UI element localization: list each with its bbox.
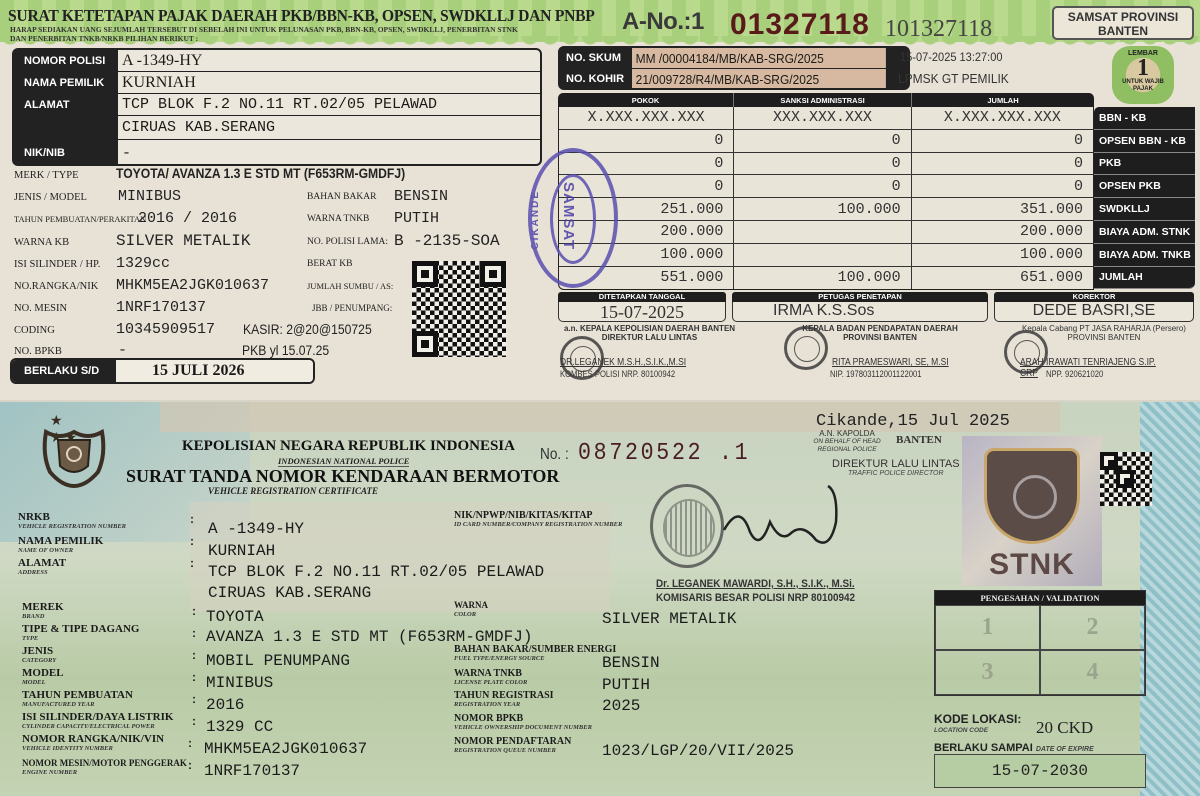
isi-value: 1329cc [116,255,170,272]
qr-finder [412,331,438,357]
officer-name: Dr. LEGANEK MAWARDI, S.H., S.I.K., M.Si. [656,578,855,590]
officer-value: IRMA K.S.Sos [732,302,988,322]
vin-label-en: VEHICLE IDENTITY NUMBER [22,745,164,753]
location-code-value: 20 CKD [1036,718,1093,738]
vin-label-text: NOMOR RANGKA/NIK/VIN [22,733,164,745]
copy-badge-bottom: UNTUK WAJIB PAJAK [1112,79,1174,93]
category-label-en: CATEGORY [22,657,56,665]
qr-finder [1100,452,1118,470]
rangka-label: NO.RANGKA/NIK [14,281,98,292]
brand-label-en: BRAND [22,613,64,621]
plate-color-label: WARNA TNKB [307,214,369,224]
kohir-label: NO. KOHIR [560,69,632,89]
nrkb-label: NRKBVEHICLE REGISTRATION NUMBER [18,512,126,531]
issuer-name: KEPOLISIAN NEGARA REPUBLIK INDONESIA [182,438,515,455]
fee-cell-jumlah: 0 [912,153,1093,175]
fee-cell-sanksi: XXX.XXX.XXX [734,107,911,129]
warna-value: SILVER METALIK [116,232,250,250]
tahun-value: 2016 / 2016 [138,210,237,227]
old-plate-label: NO. POLISI LAMA: [307,237,388,247]
police-emblem-icon [38,422,110,488]
signatory-2-id: NIP. 197803112001122001 [830,369,921,379]
plate-value: A -1349-HY [118,50,540,72]
valid-until-value: 15 JULI 2026 [116,360,313,382]
validation-grid: PENGESAHAN / VALIDATION 1 2 3 4 [934,590,1146,696]
certificate-title-en: VEHICLE REGISTRATION CERTIFICATE [208,486,378,496]
kohir-value: 21/009728/R4/MB/KAB-SRG/2025 [632,69,886,89]
nik-label-text: NIK/NPWP/NIB/KITAS/KITAP [454,510,593,521]
stamp-center-text: SAMSAT [560,182,577,250]
address-line2: CIRUAS KAB.SERANG [118,116,540,140]
jenis-label: JENIS / MODEL [14,192,87,203]
col-sanksi: SANKSI ADMINISTRASI [734,93,912,107]
fuel-label: BAHAN BAKAR/SUMBER ENERGIFUEL TYPE/ENERG… [454,644,616,663]
fee-cell-sanksi: 100.000 [734,198,911,220]
type-label-en: TYPE [22,635,139,643]
plate-label: NOMOR POLISI [14,50,118,72]
model-value: MINIBUS [206,674,273,692]
brand-value: TOYOTA [206,608,264,626]
document-instruction: HARAP SEDIAKAN UANG SEJUMLAH TERSEBUT DI… [10,25,530,43]
nik-value: - [118,140,540,166]
address-label-spacer [14,116,118,140]
on-behalf-text-en: ON BEHALF OF HEAD REGIONAL POLICE [812,438,882,454]
brand-label: MEREKBRAND [22,602,64,621]
expiry-label: BERLAKU SAMPAI DATE OF EXPIRE [934,742,1094,754]
on-behalf-label: A.N. KAPOLDA ON BEHALF OF HEAD REGIONAL … [812,430,882,454]
cylinder-value: 1329 CC [206,718,273,736]
fee-row-label: BIAYA ADM. TNKB [1094,244,1195,267]
cylinder-label: ISI SILINDER/DAYA LISTRIKCYLINDER CAPACI… [22,712,173,731]
location-code-label-text: KODE LOKASI: [934,712,1021,726]
bpkb-value: - [118,342,127,359]
location-code-label-en: LOCATION CODE [934,725,1021,736]
bpkb-label: NOMOR BPKBVEHICLE OWNERSHIP DOCUMENT NUM… [454,713,592,732]
category-label: JENISCATEGORY [22,646,56,665]
fee-row: 200.000200.000 [559,221,1093,244]
date-label: DITETAPKAN TANGGAL [558,292,726,302]
address-label: ALAMAT [14,94,118,116]
fee-cell-jumlah: 0 [912,130,1093,152]
location-code-label: KODE LOKASI:LOCATION CODE [934,714,1021,736]
fee-cell-jumlah: X.XXX.XXX.XXX [912,107,1093,129]
color-label-text: WARNA [454,600,488,610]
date-value: 15-07-2025 [558,302,726,322]
certificate-no-label: No. : [540,446,569,464]
engine-label-en: ENGINE NUMBER [22,769,187,777]
vin-value: MHKM5EA2JGK010637 [204,740,367,758]
serial-number: 01327118 [730,8,870,42]
validation-header: PENGESAHAN / VALIDATION [935,591,1145,605]
officer-label: PETUGAS PENETAPAN [732,292,988,302]
colon: : [192,626,196,640]
fee-cell-pokok: 0 [559,130,734,152]
corrector-value: DEDE BASRI,SE [994,302,1194,322]
col-pokok: POKOK [558,93,734,107]
fuel-value: BENSIN [602,654,660,672]
qr-finder [480,261,506,287]
qr-finder [1116,470,1134,488]
expiry-value: 15-07-2030 [934,754,1146,788]
document-title: SURAT KETETAPAN PAJAK DAERAH PKB/BBN-KB,… [8,6,595,26]
owner-name-label: NAMA PEMILIK [14,72,118,94]
nik-label: NIK/NPWP/NIB/KITAS/KITAPID CARD NUMBER/C… [454,510,622,529]
plate-color-label-en: LICENSE PLATE COLOR [454,679,527,687]
coding-label: CODING [14,325,55,336]
colon: : [188,758,192,772]
engine-label: NOMOR MESIN/MOTOR PENGGERAKENGINE NUMBER [22,758,187,777]
owner-value: KURNIAH [208,542,275,560]
officer-rank: KOMISARIS BESAR POLISI NRP 80100942 [656,592,855,604]
validation-cell: 4 [1040,650,1145,695]
office-label: SAMSAT PROVINSI BANTEN [1052,6,1194,40]
fee-cell-sanksi [734,221,911,243]
cylinder-label-text: ISI SILINDER/DAYA LISTRIK [22,711,173,723]
merk-value: TOYOTA/ AVANZA 1.3 E STD MT (F653RM-GMDF… [116,166,405,181]
certificate-no: 08720522 .1 [578,440,750,467]
fee-cell-sanksi: 0 [734,130,911,152]
reg-year-value: 2025 [602,697,640,715]
plate-color-label: WARNA TNKBLICENSE PLATE COLOR [454,668,527,687]
fee-table-body: X.XXX.XXX.XXXXXX.XXX.XXXX.XXX.XXX.XXX000… [558,107,1094,290]
bpkb-label: NO. BPKB [14,346,62,357]
model-label: MODELMODEL [22,668,64,687]
colon: : [190,534,194,548]
kasir-value: KASIR: 2@20@150725 [243,322,372,337]
warna-label: WARNA KB [14,237,69,248]
mesin-value: 1NRF170137 [116,299,206,316]
valid-until: BERLAKU S/D 15 JULI 2026 [10,358,315,384]
rangka-value: MHKM5EA2JGK010637 [116,277,269,294]
fuel-label: BAHAN BAKAR [307,192,376,202]
engine-value: 1NRF170137 [204,762,300,780]
queue-label: NOMOR PENDAFTARANREGISTRATION QUEUE NUMB… [454,736,571,755]
plate-color-value: PUTIH [394,210,439,227]
fee-table: POKOK SANKSI ADMINISTRASI JUMLAH X.XXX.X… [558,93,1195,290]
signatory-1-id: KOMBES POLISI NRP. 80100942 [560,369,675,379]
year-label-en: MANUFACTURED YEAR [22,701,133,709]
fee-row-label: SWDKLLJ [1094,198,1195,221]
isi-label: ISI SILINDER / HP. [14,259,100,270]
fee-row-label: PKB [1094,153,1195,176]
validation-cell: 1 [935,605,1040,650]
fee-row: 000 [559,130,1093,153]
colon: : [192,648,196,662]
fee-cell-jumlah: 651.000 [912,267,1093,290]
cylinder-label-en: CYLINDER CAPACITY/ELECTRICAL POWER [22,723,173,731]
address-line2: CIRUAS KAB.SERANG [208,584,371,602]
queue-value: 1023/LGP/20/VII/2025 [602,742,794,760]
tahun-label: TAHUN PEMBUATAN/PERAKITAN [14,214,146,224]
queue-label-text: NOMOR PENDAFTARAN [454,736,571,747]
year-label: TAHUN PEMBUATANMANUFACTURED YEAR [22,690,133,709]
type-label: TIPE & TIPE DAGANGTYPE [22,624,139,643]
colon: : [192,670,196,684]
category-label-text: JENIS [22,645,53,657]
nrkb-value: A -1349-HY [208,520,304,538]
axle-label: JUMLAH SUMBU / AS: [307,281,393,291]
serial-prefix: A-No.:1 [622,8,704,36]
plate-color-label-text: WARNA TNKB [454,668,522,679]
address-line1: TCP BLOK F.2 NO.11 RT.02/05 PELAWAD [208,563,544,581]
expiry-label-text: BERLAKU SAMPAI [934,742,1033,754]
director-title: DIREKTUR LALU LINTAS [832,458,960,470]
fee-row-label: BBN - KB [1094,107,1195,130]
nrkb-label-text: NRKB [18,511,50,523]
colon: : [192,714,196,728]
bapenda-seal [784,326,828,370]
nik-label-en: ID CARD NUMBER/COMPANY REGISTRATION NUMB… [454,521,622,529]
fee-cell-jumlah: 100.000 [912,244,1093,266]
fee-row-label: JUMLAH [1094,267,1195,290]
bpkb-label-en: VEHICLE OWNERSHIP DOCUMENT NUMBER [454,724,592,732]
colon: : [188,736,192,750]
colon: : [192,604,196,618]
copy-badge-number: 1 [1112,57,1174,79]
fee-cell-jumlah: 0 [912,175,1093,197]
nrkb-label-en: VEHICLE REGISTRATION NUMBER [18,523,126,531]
skum-value: MM /00004184/MB/KAB-SRG/2025 [632,48,886,68]
owner-label-en: NAME OF OWNER [18,547,103,555]
jenis-value: MINIBUS [118,188,181,205]
fee-row: 251.000100.000351.000 [559,198,1093,221]
owner-name-value: KURNIAH [118,72,540,94]
fee-row-label: BIAYA ADM. STNK [1094,221,1195,244]
colon: : [192,692,196,706]
region-label: BANTEN [896,434,942,446]
queue-label-en: REGISTRATION QUEUE NUMBER [454,747,571,755]
vin-label: NOMOR RANGKA/NIK/VINVEHICLE IDENTITY NUM… [22,734,164,753]
jbb-label: JBB / PENUMPANG: [312,303,392,313]
skum-label: NO. SKUM [560,48,632,68]
color-value: SILVER METALIK [602,610,736,628]
year-value: 2016 [206,696,244,714]
mesin-label: NO. MESIN [14,303,67,314]
address-label-en: ADDRESS [18,569,66,577]
fee-cell-jumlah: 200.000 [912,221,1093,243]
category-value: MOBIL PENUMPANG [206,652,350,670]
colon: : [190,556,194,570]
col-jumlah: JUMLAH [912,93,1094,107]
director-title-en: TRAFFIC POLICE DIRECTOR [848,470,944,477]
coding-value: 10345909517 [116,321,215,338]
fee-row-label: OPSEN PKB [1094,175,1195,198]
fuel-label-text: BAHAN BAKAR/SUMBER ENERGI [454,644,616,655]
address-label: ALAMATADDRESS [18,558,66,577]
print-timestamp: 15-07-2025 13:27:00 [900,50,1003,64]
owner-label: NAMA PEMILIKNAME OF OWNER [18,536,103,555]
police-shield-icon [984,448,1080,544]
weight-label: BERAT KB [307,259,353,269]
fee-table-header: POKOK SANKSI ADMINISTRASI JUMLAH [558,93,1094,107]
color-label-en: COLOR [454,611,488,619]
samsat-stamp: SAMSAT CIKANDE [528,148,618,288]
certificate-title: SURAT TANDA NOMOR KENDARAAN BERMOTOR [126,466,559,487]
model-label-en: MODEL [22,679,64,687]
fee-cell-jumlah: 351.000 [912,198,1093,220]
model-label-text: MODEL [22,667,64,679]
colon: : [190,512,194,526]
year-label-text: TAHUN PEMBUATAN [22,689,133,701]
fee-row: 100.000100.000 [559,244,1093,267]
fee-row-labels: BBN - KBOPSEN BBN - KBPKBOPSEN PKBSWDKLL… [1094,93,1195,290]
color-label: WARNACOLOR [454,600,488,619]
stnk-qr-code [1100,452,1152,506]
validation-cell: 3 [935,650,1040,695]
pkb-yl: PKB yl 15.07.25 [242,343,329,358]
signatory-2-name: RITA PRAMESWARI, SE, M.SI [832,357,949,368]
fee-cell-sanksi [734,244,911,266]
fee-cell-sanksi: 100.000 [734,267,911,290]
type-label-text: TIPE & TIPE DAGANG [22,623,139,635]
qr-finder [412,261,438,287]
hologram-text: STNK [966,548,1098,582]
owner-label-text: NAMA PEMILIK [18,535,103,547]
plate-color-value: PUTIH [602,676,650,694]
signatory-3-id: NPP. 920621020 [1046,369,1103,379]
serial-number-print: 101327118 [885,16,992,43]
reg-year-label: TAHUN REGISTRASIREGISTRATION YEAR [454,690,554,709]
corrector-label: KOREKTOR [994,292,1194,302]
fee-row: X.XXX.XXX.XXXXXX.XXX.XXXX.XXX.XXX.XXX [559,107,1093,130]
skum-kohir-box: NO. SKUM MM /00004184/MB/KAB-SRG/2025 NO… [558,46,910,90]
valid-until-label: BERLAKU S/D [12,360,116,382]
old-plate-value: B -2135-SOA [394,232,500,250]
bpkb-label-text: NOMOR BPKB [454,713,523,724]
reg-year-label-en: REGISTRATION YEAR [454,701,554,709]
stnk-hologram: STNK [962,436,1102,586]
engine-label-text: NOMOR MESIN/MOTOR PENGGERAK [22,758,187,768]
address-label-text: ALAMAT [18,557,66,569]
fee-row: 551.000100.000651.000 [559,267,1093,290]
fuel-value: BENSIN [394,188,448,205]
fuel-label-en: FUEL TYPE/ENERGY SOURCE [454,655,616,663]
signature-icon [720,482,900,572]
nik-label: NIK/NIB [14,140,118,166]
stamp-arc-text: CIKANDE [530,190,541,250]
owner-box: NOMOR POLISI A -1349-HY NAMA PEMILIK KUR… [12,48,542,166]
expiry-label-en: DATE OF EXPIRE [1036,746,1094,753]
lpmsk-text: LPMSK GT PEMILIK [898,71,1009,86]
merk-label: MERK / TYPE [14,170,79,181]
fee-cell-pokok: X.XXX.XXX.XXX [559,107,734,129]
vehicle-registration-certificate: ★★★ KEPOLISIAN NEGARA REPUBLIK INDONESIA… [0,402,1200,796]
fee-row: 000 [559,175,1093,198]
fee-cell-sanksi: 0 [734,153,911,175]
fee-row-label: OPSEN BBN - KB [1094,130,1195,153]
qr-code [412,261,506,357]
validation-cell: 2 [1040,605,1145,650]
fee-row: 000 [559,153,1093,176]
tax-assessment-document: SURAT KETETAPAN PAJAK DAERAH PKB/BBN-KB,… [0,0,1200,400]
reg-year-label-text: TAHUN REGISTRASI [454,690,554,701]
brand-label-text: MEREK [22,601,64,613]
fee-cell-sanksi: 0 [734,175,911,197]
address-line1: TCP BLOK F.2 NO.11 RT.02/05 PELAWAD [118,94,540,116]
signatory-1-name: DR.LEGANEK M.S.H.,S.I.K.,M.SI [560,357,686,368]
kapolda-seal [650,484,724,568]
on-behalf-text: A.N. KAPOLDA [819,429,875,438]
